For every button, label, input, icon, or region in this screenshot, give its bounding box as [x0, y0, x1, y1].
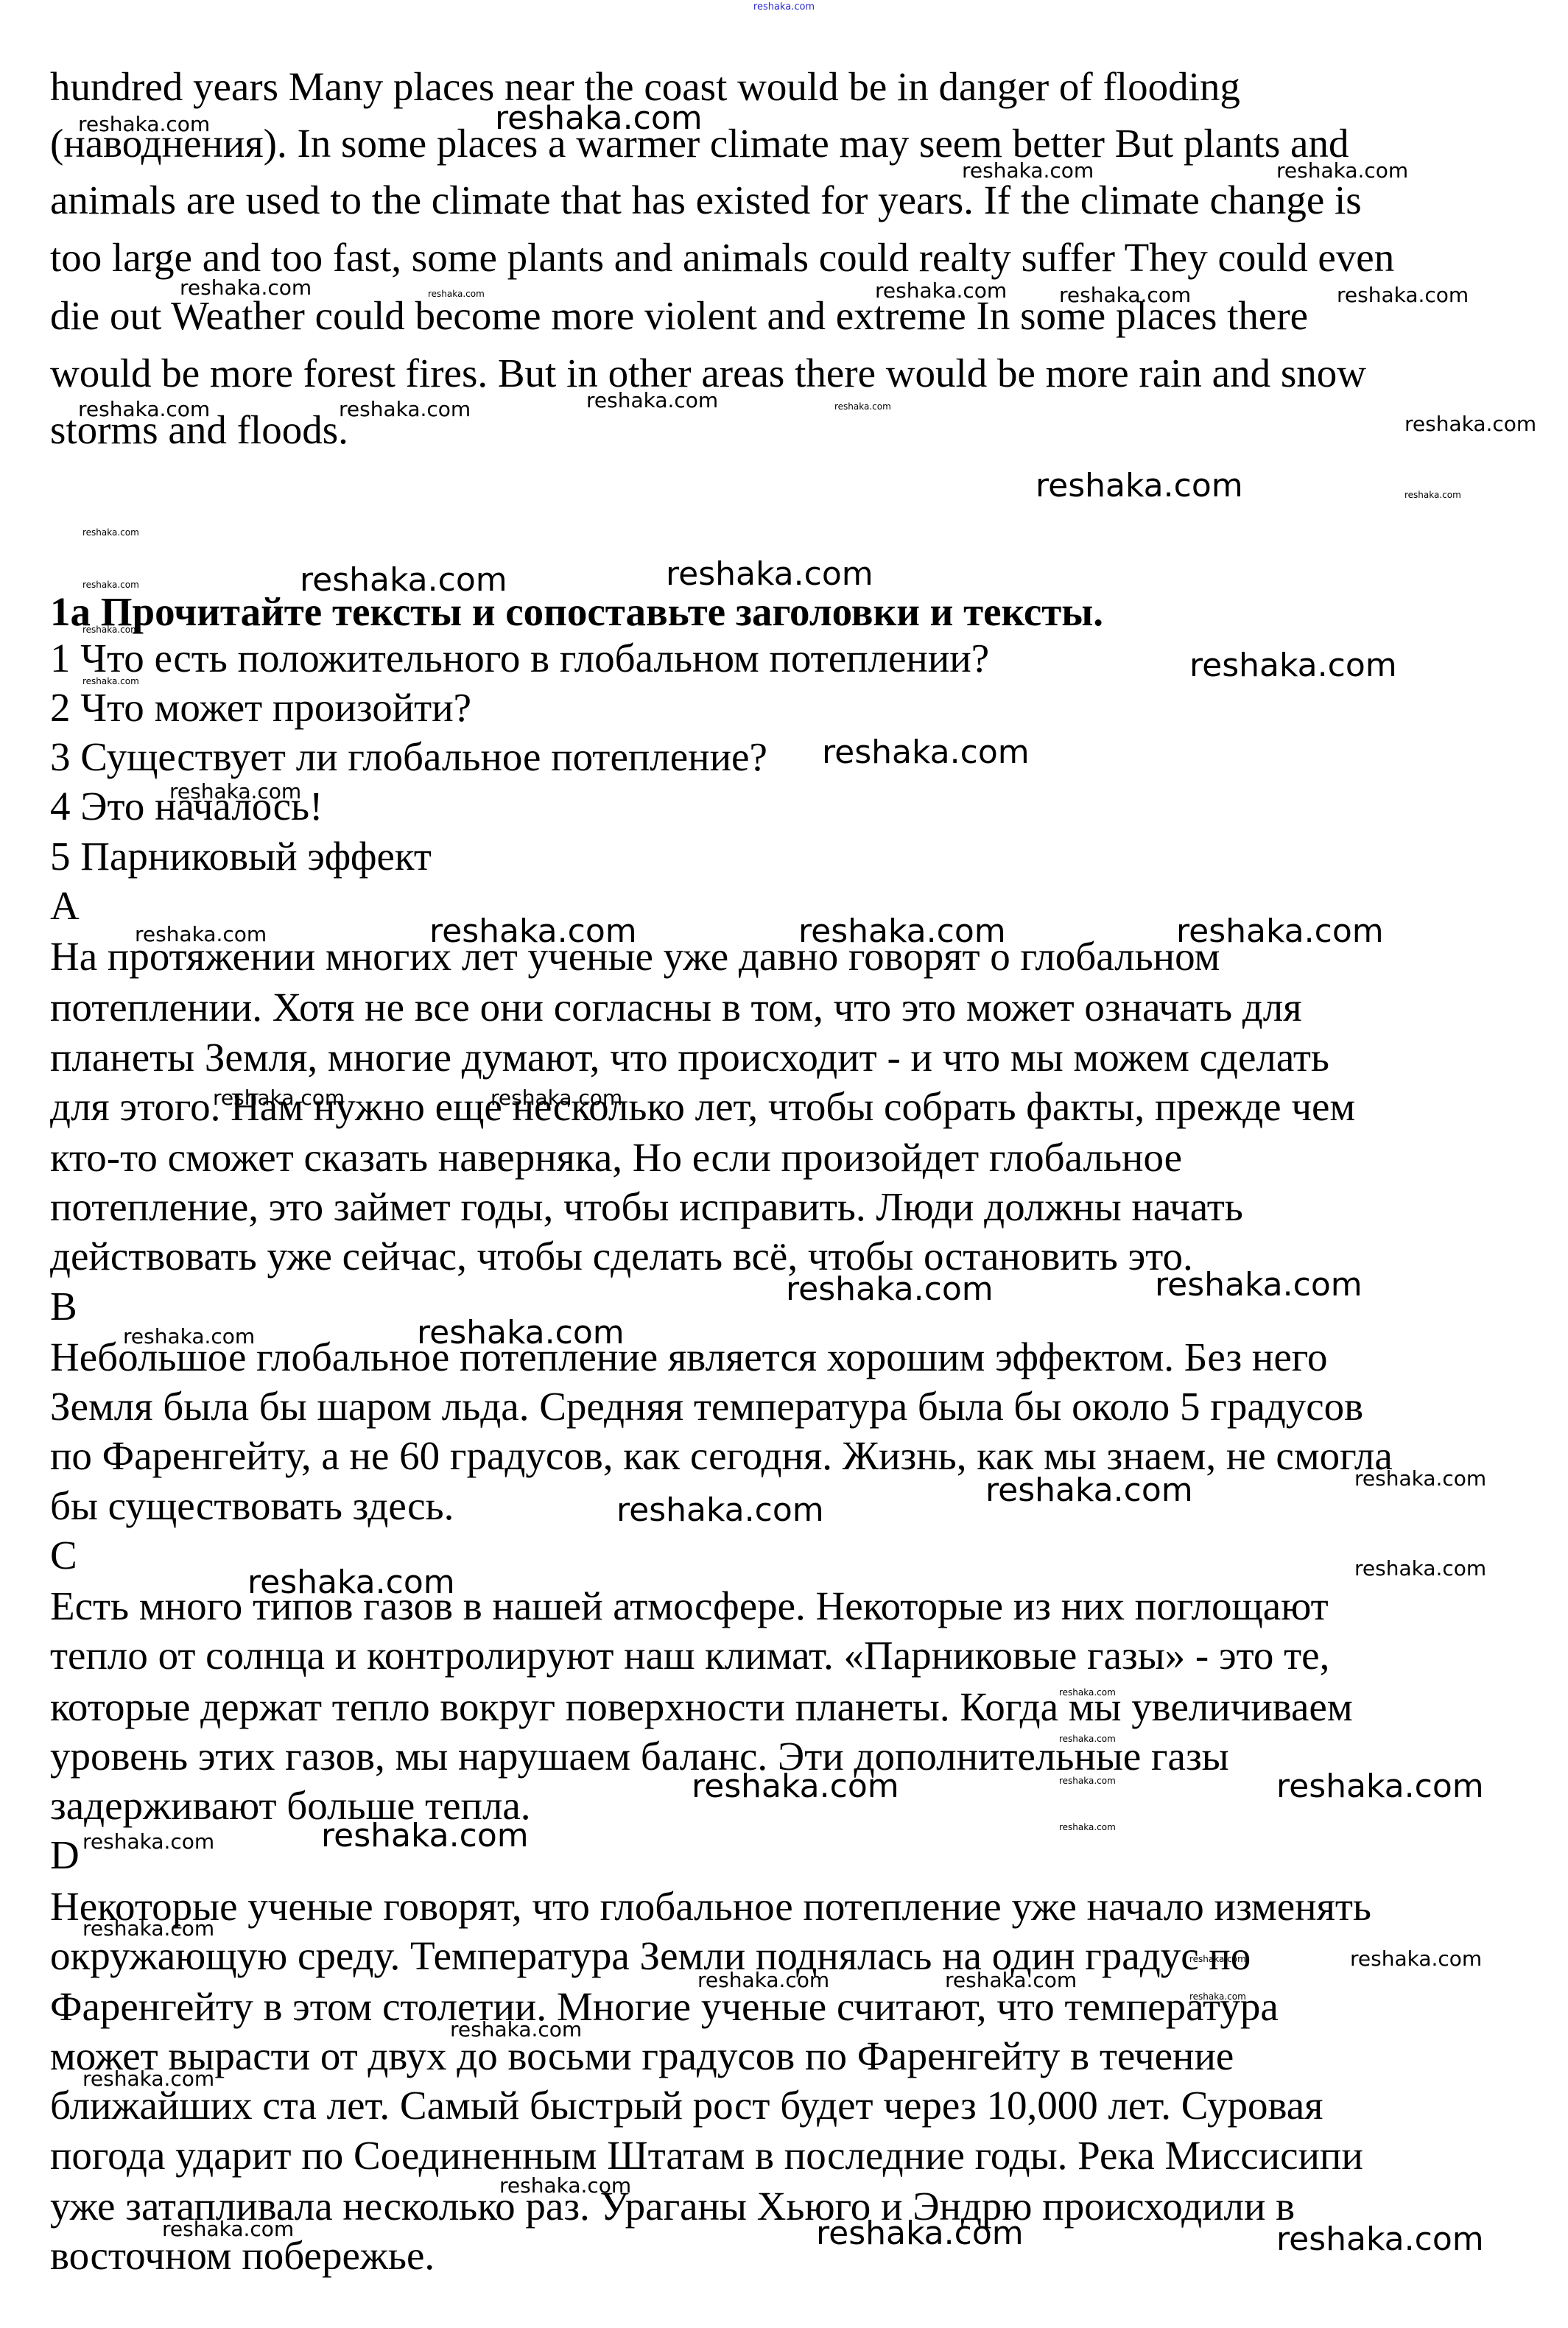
watermark: reshaka.com [1059, 1734, 1116, 1743]
section-letter-a: A [50, 885, 80, 926]
watermark: reshaka.com [82, 677, 139, 686]
watermark: reshaka.com [1354, 1558, 1486, 1579]
watermark: reshaka.com [491, 1088, 622, 1108]
section-a-line: планеты Земля, многие думают, что происх… [50, 1037, 1329, 1077]
watermark: reshaka.com [1404, 414, 1536, 435]
section-c-line: Есть много типов газов в нашей атмосфере… [50, 1586, 1329, 1626]
section-letter-d: D [50, 1835, 80, 1875]
watermark: reshaka.com [1059, 1823, 1116, 1832]
section-c-line: тепло от солнца и контролируют наш клима… [50, 1635, 1329, 1675]
watermark: reshaka.com [822, 736, 1030, 769]
watermark: reshaka.com [78, 114, 210, 135]
watermark: reshaka.com [300, 564, 507, 597]
section-c-line: уровень этих газов, мы нарушаем баланс. … [50, 1736, 1229, 1776]
watermark: reshaka.com [82, 1832, 214, 1852]
watermark: reshaka.com [78, 399, 210, 420]
watermark: reshaka.com [428, 289, 485, 298]
watermark: reshaka.com [180, 278, 312, 298]
watermark: reshaka.com [786, 1273, 994, 1306]
watermark: reshaka.com [82, 528, 139, 537]
watermark: reshaka.com [945, 1970, 1077, 1991]
watermark: reshaka.com [82, 2069, 214, 2089]
watermark: reshaka.com [816, 2218, 1024, 2250]
watermark: reshaka.com [1404, 490, 1461, 499]
watermark: reshaka.com [798, 915, 1006, 948]
watermark: reshaka.com [1276, 161, 1408, 181]
watermark: reshaka.com [1350, 1949, 1482, 1969]
watermark: reshaka.com [834, 402, 891, 411]
intro-paragraph-line: would be more forest fires. But in other… [50, 353, 1366, 393]
watermark: reshaka.com [495, 102, 703, 135]
watermark: reshaka.com [1176, 915, 1384, 948]
watermark: reshaka.com [162, 2219, 294, 2240]
watermark: reshaka.com [962, 161, 1094, 181]
section-a-line: потеплении. Хотя не все они согласны в т… [50, 987, 1302, 1027]
watermark: reshaka.com [1354, 1469, 1486, 1489]
section-d-line: восточном побережье. [50, 2235, 435, 2276]
section-c-line: которые держат тепло вокруг поверхности … [50, 1687, 1353, 1727]
watermark: reshaka.com [1189, 650, 1397, 682]
heading-option-2: 2 Что может произойти? [50, 687, 471, 728]
document-page: reshaka.com hundred years Many places ne… [0, 0, 1568, 2328]
heading-option-1: 1 Что есть положительного в глобальном п… [50, 638, 989, 678]
watermark: reshaka.com [123, 1326, 255, 1347]
heading-option-5: 5 Парниковый эффект [50, 836, 432, 876]
watermark: reshaka.com [616, 1494, 824, 1527]
section-a-line: действовать уже сейчас, чтобы сделать вс… [50, 1236, 1193, 1276]
watermark: reshaka.com [1337, 285, 1469, 306]
watermark: reshaka.com [82, 580, 139, 589]
section-a-line: кто-то сможет сказать наверняка, Но если… [50, 1137, 1182, 1178]
watermark: reshaka.com [82, 625, 139, 634]
section-d-line: может вырасти от двух до восьми градусов… [50, 2036, 1234, 2076]
section-d-line: ближайших ста лет. Самый быстрый рост бу… [50, 2085, 1323, 2125]
section-d-line: Фаренгейту в этом столетии. Многие учены… [50, 1986, 1279, 2027]
watermark: reshaka.com [450, 2019, 582, 2040]
watermark: reshaka.com [1059, 1688, 1116, 1697]
section-d-line: Некоторые ученые говорят, что глобальное… [50, 1886, 1371, 1927]
section-a-line: потепление, это займет годы, чтобы испра… [50, 1186, 1243, 1227]
watermark: reshaka.com [692, 1770, 899, 1803]
watermark: reshaka.com [321, 1820, 529, 1852]
watermark: reshaka.com [247, 1566, 455, 1599]
watermark: reshaka.com [1276, 2223, 1484, 2256]
section-letter-c: C [50, 1535, 77, 1575]
watermark: reshaka.com [1036, 470, 1243, 502]
watermark: reshaka.com [169, 781, 301, 802]
section-letter-b: B [50, 1286, 77, 1326]
section-b-line: бы существовать здесь. [50, 1485, 454, 1526]
watermark: reshaka.com [429, 915, 637, 948]
heading-option-3: 3 Существует ли глобальное потепление? [50, 736, 767, 777]
site-header-link[interactable]: reshaka.com [0, 1, 1568, 13]
watermark: reshaka.com [1189, 1992, 1246, 2001]
intro-paragraph-line: animals are used to the climate that has… [50, 180, 1362, 220]
watermark: reshaka.com [417, 1317, 625, 1349]
watermark: reshaka.com [339, 399, 471, 420]
watermark: reshaka.com [697, 1970, 829, 1991]
watermark: reshaka.com [1189, 1955, 1246, 1963]
watermark: reshaka.com [82, 1919, 214, 1939]
watermark: reshaka.com [1276, 1770, 1484, 1803]
watermark: reshaka.com [213, 1088, 345, 1108]
watermark: reshaka.com [586, 390, 718, 411]
watermark: reshaka.com [666, 558, 873, 591]
watermark: reshaka.com [1059, 285, 1191, 306]
watermark: reshaka.com [985, 1474, 1193, 1507]
watermark: reshaka.com [135, 924, 267, 945]
watermark: reshaka.com [499, 2176, 631, 2196]
task-heading: 1a Прочитайте тексты и сопоставьте загол… [50, 591, 1103, 632]
watermark: reshaka.com [875, 281, 1007, 301]
section-b-line: по Фаренгейту, а не 60 градусов, как сег… [50, 1435, 1393, 1476]
section-d-line: погода ударит по Соединенным Штатам в по… [50, 2135, 1363, 2176]
intro-paragraph-line: too large and too fast, some plants and … [50, 237, 1394, 278]
watermark: reshaka.com [1155, 1269, 1363, 1301]
section-b-line: Земля была бы шаром льда. Средняя темпер… [50, 1386, 1363, 1427]
watermark: reshaka.com [1059, 1776, 1116, 1785]
